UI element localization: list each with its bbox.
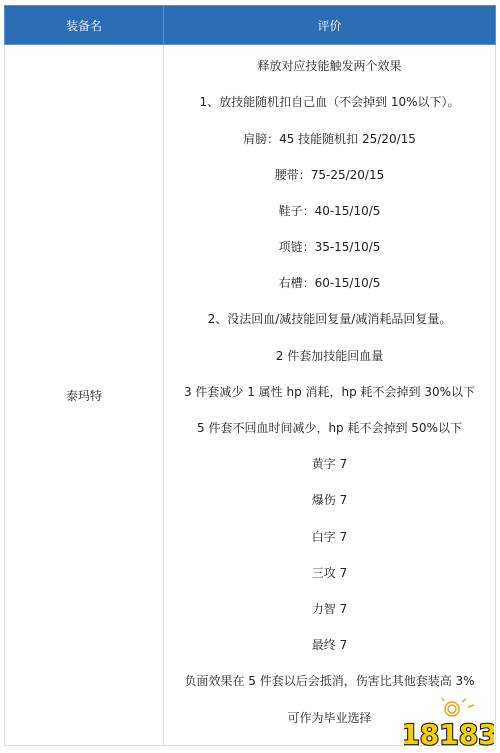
evaluation-line: 2、没法回血/减技能回复量/减消耗品回复量。 bbox=[164, 301, 495, 337]
page: 装备名 评价 泰玛特 释放对应技能触发两个效果 1、放技能随机扣自己血（不会掉到… bbox=[0, 0, 500, 753]
evaluation-line: 5 件套不回血时间减少，hp 耗不会掉到 50%以下 bbox=[164, 410, 495, 446]
evaluation-line: 释放对应技能触发两个效果 bbox=[164, 56, 495, 84]
evaluation-line: 3 件套减少 1 属性 hp 消耗，hp 耗不会掉到 30%以下 bbox=[164, 374, 495, 410]
evaluation-line: 力智 7 bbox=[164, 591, 495, 627]
equipment-name-cell: 泰玛特 bbox=[5, 45, 164, 746]
evaluation-line: 右槽：60-15/10/5 bbox=[164, 265, 495, 301]
18183-logo-icon: 18183 bbox=[404, 697, 494, 749]
evaluation-line: 最终 7 bbox=[164, 627, 495, 663]
evaluation-line: 鞋子：40-15/10/5 bbox=[164, 193, 495, 229]
evaluation-lines: 释放对应技能触发两个效果 1、放技能随机扣自己血（不会掉到 10%以下）。 肩膀… bbox=[164, 48, 495, 741]
table-row: 泰玛特 释放对应技能触发两个效果 1、放技能随机扣自己血（不会掉到 10%以下）… bbox=[5, 45, 496, 746]
evaluation-line: 1、放技能随机扣自己血（不会掉到 10%以下）。 bbox=[164, 84, 495, 120]
evaluation-line: 白字 7 bbox=[164, 519, 495, 555]
evaluation-line: 2 件套加技能回血量 bbox=[164, 338, 495, 374]
watermark-text: 18183 bbox=[404, 718, 494, 749]
evaluation-line: 三攻 7 bbox=[164, 555, 495, 591]
column-header-evaluation: 评价 bbox=[164, 6, 496, 45]
evaluation-cell: 释放对应技能触发两个效果 1、放技能随机扣自己血（不会掉到 10%以下）。 肩膀… bbox=[164, 45, 496, 746]
table-header-row: 装备名 评价 bbox=[5, 6, 496, 45]
evaluation-line: 项链：35-15/10/5 bbox=[164, 229, 495, 265]
equipment-evaluation-table: 装备名 评价 泰玛特 释放对应技能触发两个效果 1、放技能随机扣自己血（不会掉到… bbox=[4, 5, 496, 746]
evaluation-line: 负面效果在 5 件套以后会抵消，伤害比其他套装高 3% bbox=[164, 663, 495, 699]
evaluation-line: 爆伤 7 bbox=[164, 482, 495, 518]
evaluation-line: 肩膀：45 技能随机扣 25/20/15 bbox=[164, 121, 495, 157]
column-header-equipment-name: 装备名 bbox=[5, 6, 164, 45]
evaluation-line: 黄字 7 bbox=[164, 446, 495, 482]
evaluation-line: 腰带：75-25/20/15 bbox=[164, 157, 495, 193]
